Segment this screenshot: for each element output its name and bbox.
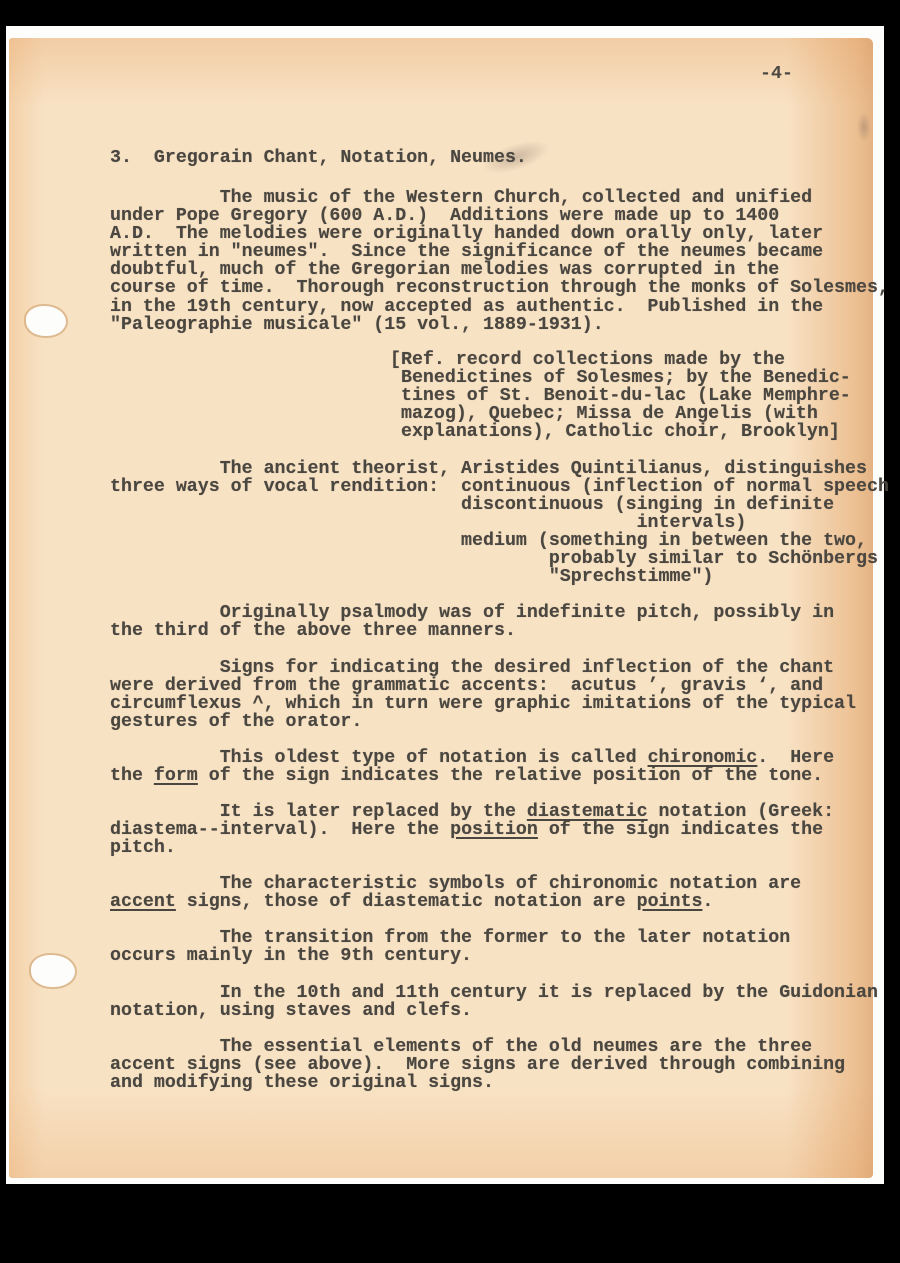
paragraph-line: were derived from the grammatic accents:… [110, 677, 823, 695]
ink-smudge [857, 112, 871, 142]
paragraph-line: "Sprechstimme") [110, 568, 713, 586]
paragraph-line: Signs for indicating the desired inflect… [110, 659, 834, 677]
paragraph-line: in the 19th century, now accepted as aut… [110, 298, 823, 316]
paragraph-line: The essential elements of the old neumes… [110, 1038, 812, 1056]
underlined-term-points: points [637, 892, 703, 912]
paragraph-line: discontinuous (singing in definite [110, 496, 834, 514]
paragraph-line: The transition from the former to the la… [110, 929, 790, 947]
paragraph-line: occurs mainly in the 9th century. [110, 947, 472, 965]
paragraph-line: diastema--interval). Here the position o… [110, 821, 823, 839]
text: . [702, 892, 713, 912]
underlined-term-accent: accent [110, 892, 176, 912]
paragraph-line: The music of the Western Church, collect… [110, 189, 812, 207]
text: of the sign indicates the [538, 820, 823, 840]
paragraph-line: the third of the above three manners. [110, 622, 516, 640]
paragraph-line: accent signs, those of diastematic notat… [110, 893, 713, 911]
text: diastema--interval). Here the [110, 820, 450, 840]
text: the [110, 766, 154, 786]
paragraph-line: The ancient theorist, Aristides Quintili… [110, 460, 867, 478]
paragraph-line: It is later replaced by the diastematic … [110, 803, 834, 821]
text: This oldest type of notation is called [110, 748, 648, 768]
paragraph-line: course of time. Thorough reconstruction … [110, 279, 889, 297]
paragraph-line: intervals) [110, 514, 746, 532]
page-number: -4- [760, 64, 793, 84]
punch-hole-top [26, 306, 66, 336]
text: notation (Greek: [648, 802, 835, 822]
text: of the sign indicates the relative posit… [198, 766, 823, 786]
paragraph-line: under Pope Gregory (600 A.D.) Additions … [110, 207, 779, 225]
paragraph-line: doubtful, much of the Gregorian melodies… [110, 261, 779, 279]
text: signs, those of diastematic notation are [176, 892, 637, 912]
paragraph-line: This oldest type of notation is called c… [110, 749, 834, 767]
paragraph-line: notation, using staves and clefs. [110, 1002, 472, 1020]
text: . Here [757, 748, 834, 768]
reference-note-line: [Ref. record collections made by the [390, 351, 785, 369]
paragraph-line: Originally psalmody was of indefinite pi… [110, 604, 834, 622]
underlined-term-position: position [450, 820, 538, 840]
reference-note-line: tines of St. Benoit-du-lac (Lake Memphre… [390, 387, 851, 405]
paragraph-line: the form of the sign indicates the relat… [110, 767, 823, 785]
paragraph-line: "Paleographie musicale" (15 vol., 1889-1… [110, 316, 604, 334]
reference-note-line: mazog), Quebec; Missa de Angelis (with [390, 405, 818, 423]
paragraph-line: A.D. The melodies were originally handed… [110, 225, 823, 243]
paragraph-line: written in "neumes". Since the significa… [110, 243, 823, 261]
paragraph-line: pitch. [110, 839, 176, 857]
paragraph-line: accent signs (see above). More signs are… [110, 1056, 845, 1074]
paragraph-line: probably similar to Schönbergs [110, 550, 878, 568]
paragraph-line: gestures of the orator. [110, 713, 362, 731]
punch-hole-bottom [31, 955, 75, 987]
underlined-term-diastematic: diastematic [527, 802, 648, 822]
paragraph-line: The characteristic symbols of chironomic… [110, 875, 801, 893]
underlined-term-chironomic: chironomic [648, 748, 758, 768]
paragraph-line: and modifying these original signs. [110, 1074, 494, 1092]
reference-note-line: Benedictines of Solesmes; by the Benedic… [390, 369, 851, 387]
section-heading: 3. Gregorain Chant, Notation, Neumes. [110, 149, 527, 167]
paragraph-line: medium (something in between the two, [110, 532, 867, 550]
paragraph-line: In the 10th and 11th century it is repla… [110, 984, 878, 1002]
underlined-term-form: form [154, 766, 198, 786]
paragraph-line: three ways of vocal rendition: continuou… [110, 478, 889, 496]
paragraph-line: circumflexus ^, which in turn were graph… [110, 695, 856, 713]
reference-note-line: explanations), Catholic choir, Brooklyn] [390, 423, 840, 441]
text: It is later replaced by the [110, 802, 527, 822]
